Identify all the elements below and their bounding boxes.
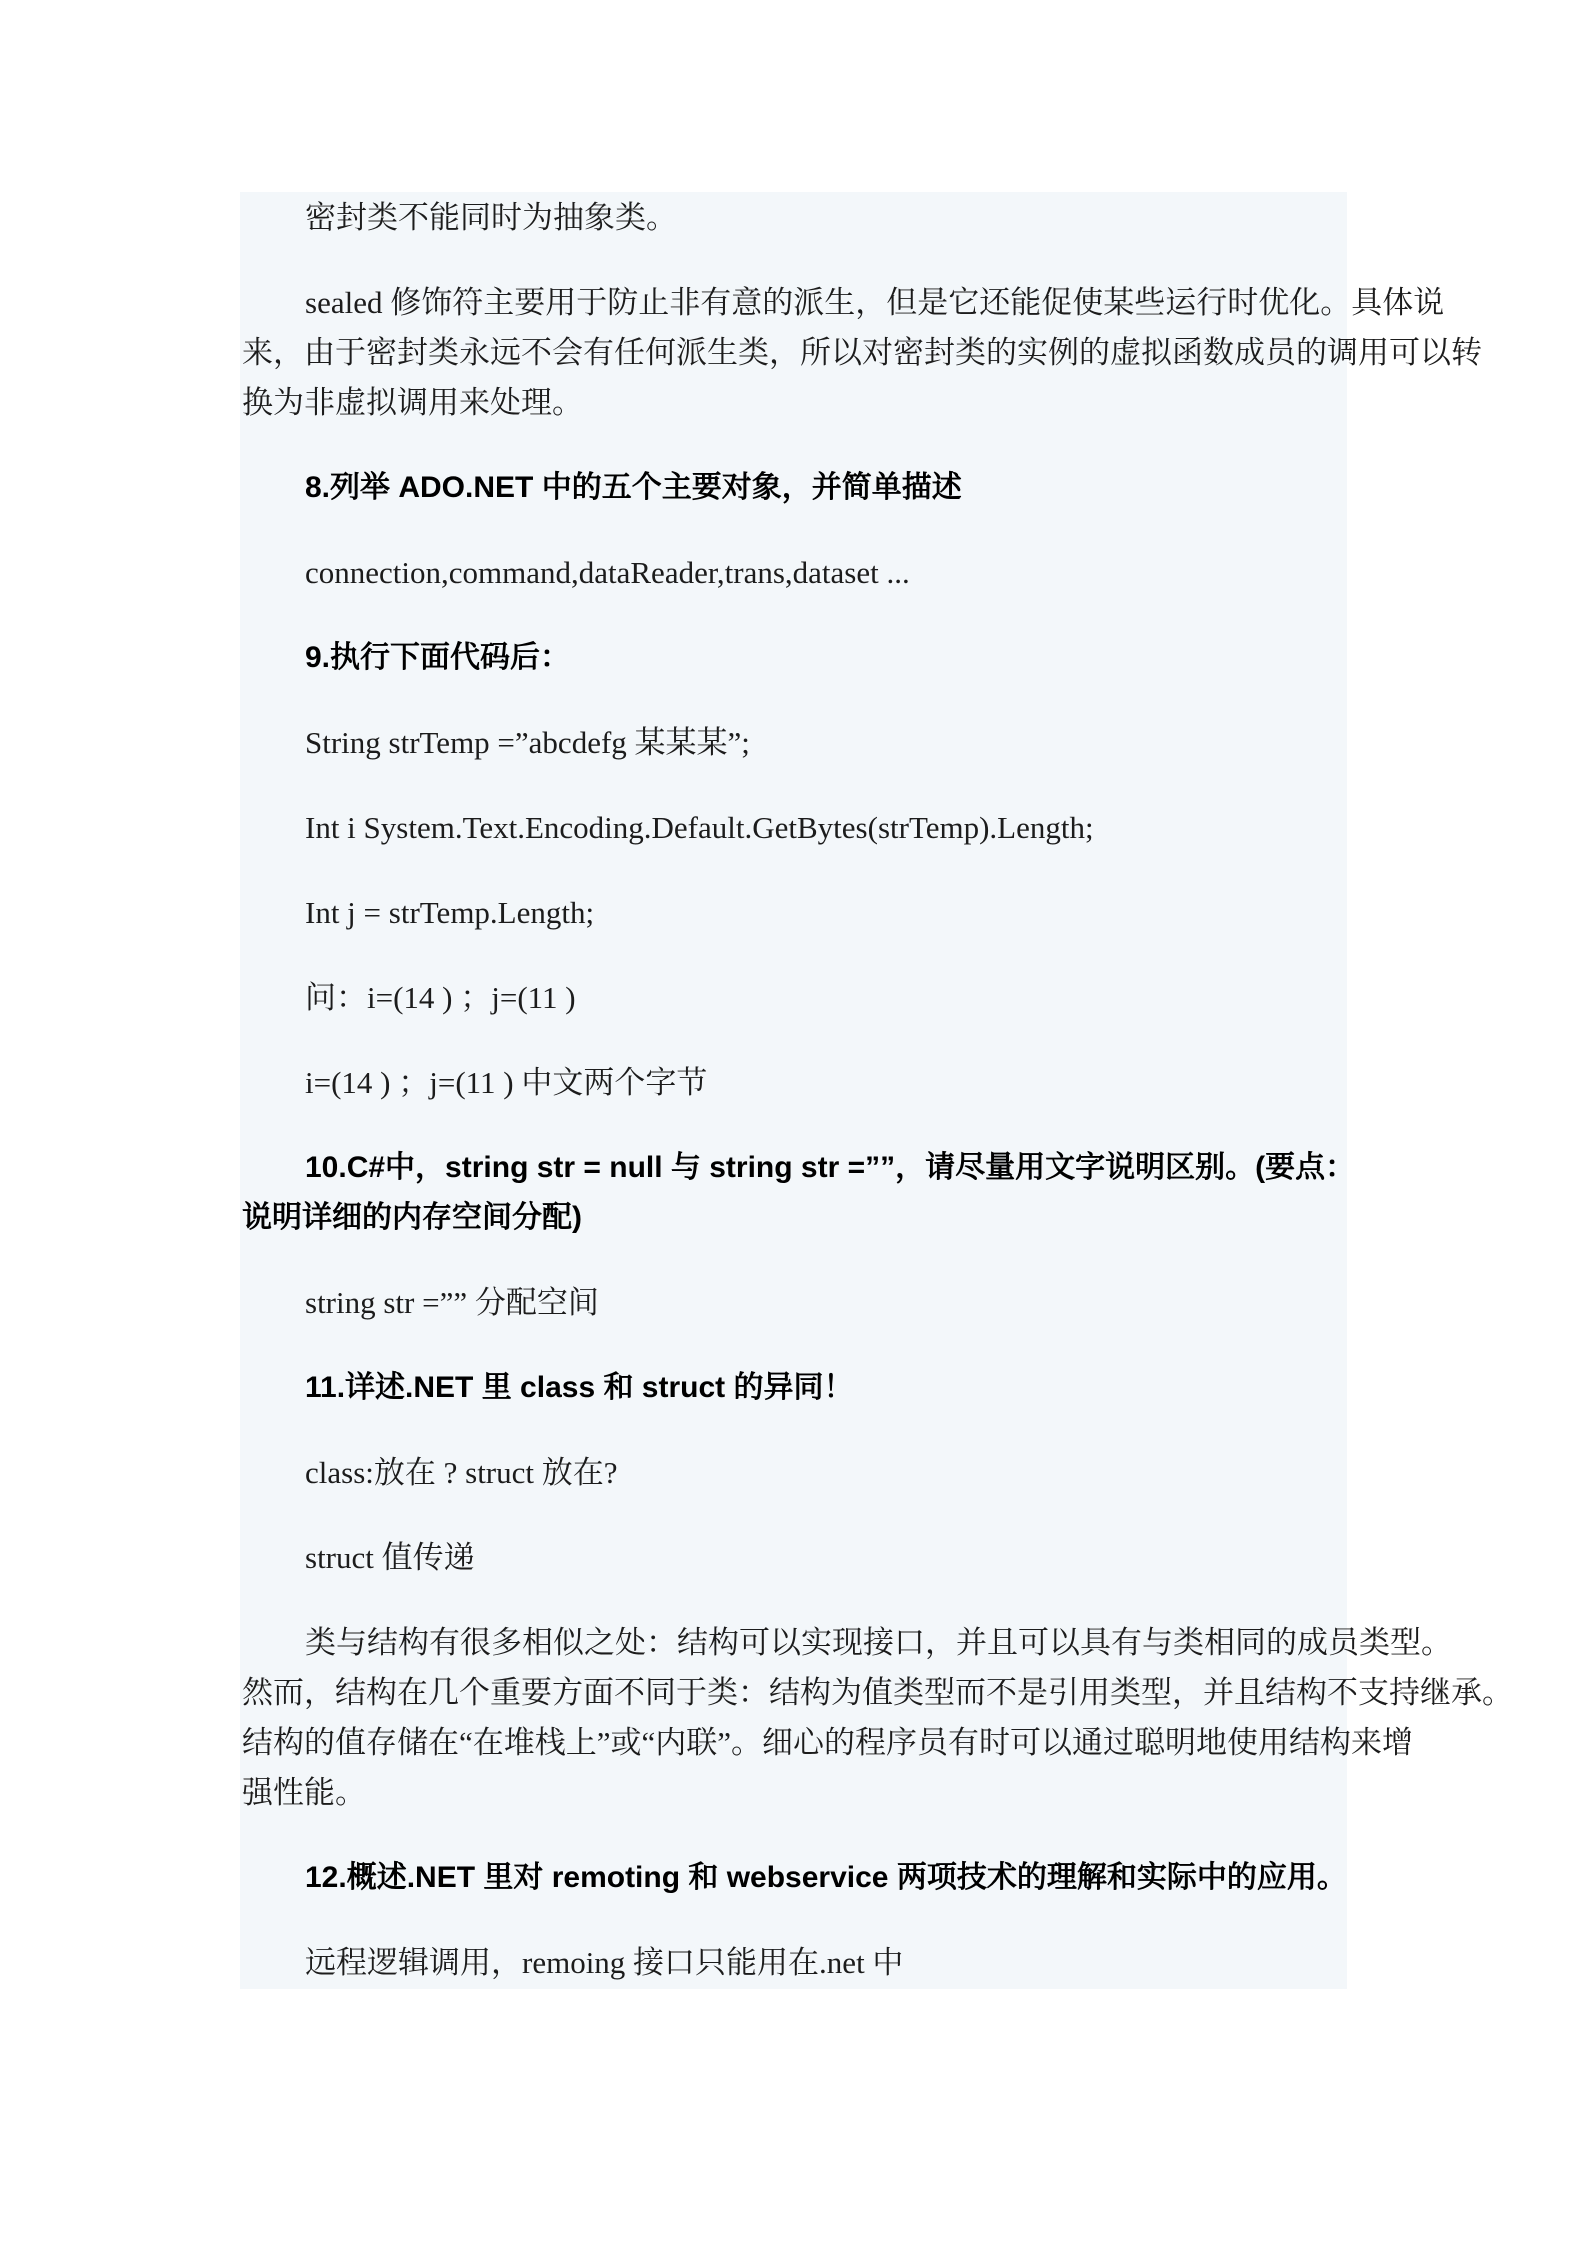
paragraph-code-int-i: Int i System.Text.Encoding.Default.GetBy…	[242, 803, 1345, 853]
paragraph-struct-value: struct 值传递	[242, 1533, 1345, 1583]
paragraph-remoting: 远程逻辑调用，remoing 接口只能用在.net 中	[242, 1938, 1345, 1988]
text-line: 来，由于密封类永远不会有任何派生类，所以对密封类的实例的虚拟函数成员的调用可以转	[242, 328, 1345, 378]
paragraph-question-values: 问：i=(14 ) ；j=(11 )	[242, 973, 1345, 1023]
paragraph-sealed-abstract: 密封类不能同时为抽象类。	[242, 193, 1345, 243]
text-line: 然而，结构在几个重要方面不同于类：结构为值类型而不是引用类型，并且结构不支持继承…	[242, 1668, 1345, 1718]
heading-line: 说明详细的内存空间分配)	[242, 1193, 1345, 1243]
heading-question-10: 10.C#中，string str = null 与 string str =”…	[242, 1143, 1345, 1243]
document-page: 密封类不能同时为抽象类。 sealed 修饰符主要用于防止非有意的派生，但是它还…	[0, 0, 1587, 2245]
paragraph-sealed-modifier: sealed 修饰符主要用于防止非有意的派生，但是它还能促使某些运行时优化。具体…	[242, 278, 1345, 428]
heading-line: 11.详述.NET 里 class 和 struct 的异同！	[242, 1363, 1345, 1413]
text-line: 密封类不能同时为抽象类。	[242, 193, 1345, 243]
paragraph-str-alloc: string str =”” 分配空间	[242, 1278, 1345, 1328]
text-line: 强性能。	[242, 1768, 1345, 1818]
paragraph-code-strtemp: String strTemp =”abcdefg 某某某”;	[242, 718, 1345, 768]
paragraph-answer-values: i=(14 ) ；j=(11 ) 中文两个字节	[242, 1058, 1345, 1108]
text-line: 结构的值存储在“在堆栈上”或“内联”。细心的程序员有时可以通过聪明地使用结构来增	[242, 1718, 1345, 1768]
heading-question-11: 11.详述.NET 里 class 和 struct 的异同！	[242, 1363, 1345, 1413]
text-line: Int i System.Text.Encoding.Default.GetBy…	[242, 803, 1345, 853]
text-line: 换为非虚拟调用来处理。	[242, 378, 1345, 428]
heading-question-12: 12.概述.NET 里对 remoting 和 webservice 两项技术的…	[242, 1853, 1345, 1903]
text-line: 远程逻辑调用，remoing 接口只能用在.net 中	[242, 1938, 1345, 1988]
paragraph-class-struct-q: class:放在 ? struct 放在?	[242, 1448, 1345, 1498]
text-line: 问：i=(14 ) ；j=(11 )	[242, 973, 1345, 1023]
text-line: i=(14 ) ；j=(11 ) 中文两个字节	[242, 1058, 1345, 1108]
heading-line: 12.概述.NET 里对 remoting 和 webservice 两项技术的…	[242, 1853, 1345, 1903]
text-line: struct 值传递	[242, 1533, 1345, 1583]
heading-line: 8.列举 ADO.NET 中的五个主要对象，并简单描述	[242, 463, 1345, 513]
paragraph-code-int-j: Int j = strTemp.Length;	[242, 888, 1345, 938]
text-line: 类与结构有很多相似之处：结构可以实现接口，并且可以具有与类相同的成员类型。	[242, 1618, 1345, 1668]
text-line: String strTemp =”abcdefg 某某某”;	[242, 718, 1345, 768]
text-line: string str =”” 分配空间	[242, 1278, 1345, 1328]
text-line: Int j = strTemp.Length;	[242, 888, 1345, 938]
heading-line: 9.执行下面代码后：	[242, 633, 1345, 683]
heading-question-9: 9.执行下面代码后：	[242, 633, 1345, 683]
text-line: connection,command,dataReader,trans,data…	[242, 548, 1345, 598]
heading-question-8: 8.列举 ADO.NET 中的五个主要对象，并简单描述	[242, 463, 1345, 513]
document-content: 密封类不能同时为抽象类。 sealed 修饰符主要用于防止非有意的派生，但是它还…	[240, 192, 1347, 1989]
paragraph-class-struct-detail: 类与结构有很多相似之处：结构可以实现接口，并且可以具有与类相同的成员类型。 然而…	[242, 1618, 1345, 1818]
text-line: sealed 修饰符主要用于防止非有意的派生，但是它还能促使某些运行时优化。具体…	[242, 278, 1345, 328]
paragraph-ado-objects: connection,command,dataReader,trans,data…	[242, 548, 1345, 598]
text-line: class:放在 ? struct 放在?	[242, 1448, 1345, 1498]
heading-line: 10.C#中，string str = null 与 string str =”…	[242, 1143, 1345, 1193]
